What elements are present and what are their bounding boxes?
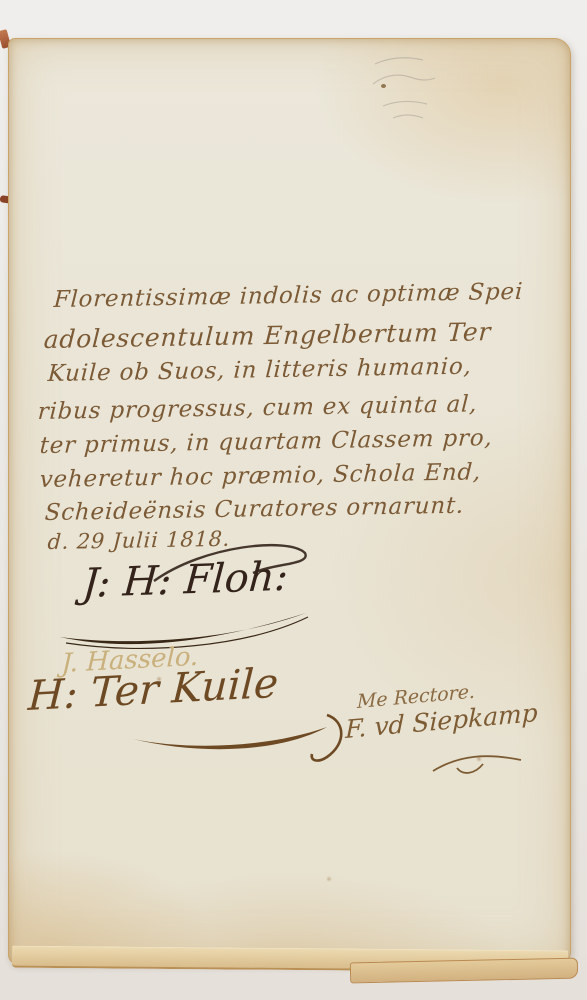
manuscript-line-1: Florentissimæ indolis ac optimæ Spei: [53, 279, 524, 313]
manuscript-line-2: adolescentulum Engelbertum Ter: [43, 317, 492, 354]
photo-backdrop: Florentissimæ indolis ac optimæ Spei ado…: [0, 0, 587, 1000]
manuscript-line-7: Scheideënsis Curatores ornarunt.: [44, 493, 465, 526]
book-page: Florentissimæ indolis ac optimæ Spei ado…: [8, 38, 571, 964]
manuscript-line-4: ribus progressus, cum ex quinta al,: [37, 391, 478, 425]
siepkamp-flourish: [429, 751, 529, 781]
ink-fleck: [381, 84, 386, 88]
ter-kuile-flourish: [129, 711, 353, 773]
pencil-marks: [361, 44, 453, 130]
page-edge-stack-right: [350, 958, 578, 984]
manuscript-line-3: Kuile ob Suos, in litteris humanio,: [47, 354, 472, 387]
manuscript-line-6: veheretur hoc præmio, Schola End,: [39, 459, 482, 493]
manuscript-line-5: ter primus, in quartam Classem pro,: [39, 425, 493, 459]
